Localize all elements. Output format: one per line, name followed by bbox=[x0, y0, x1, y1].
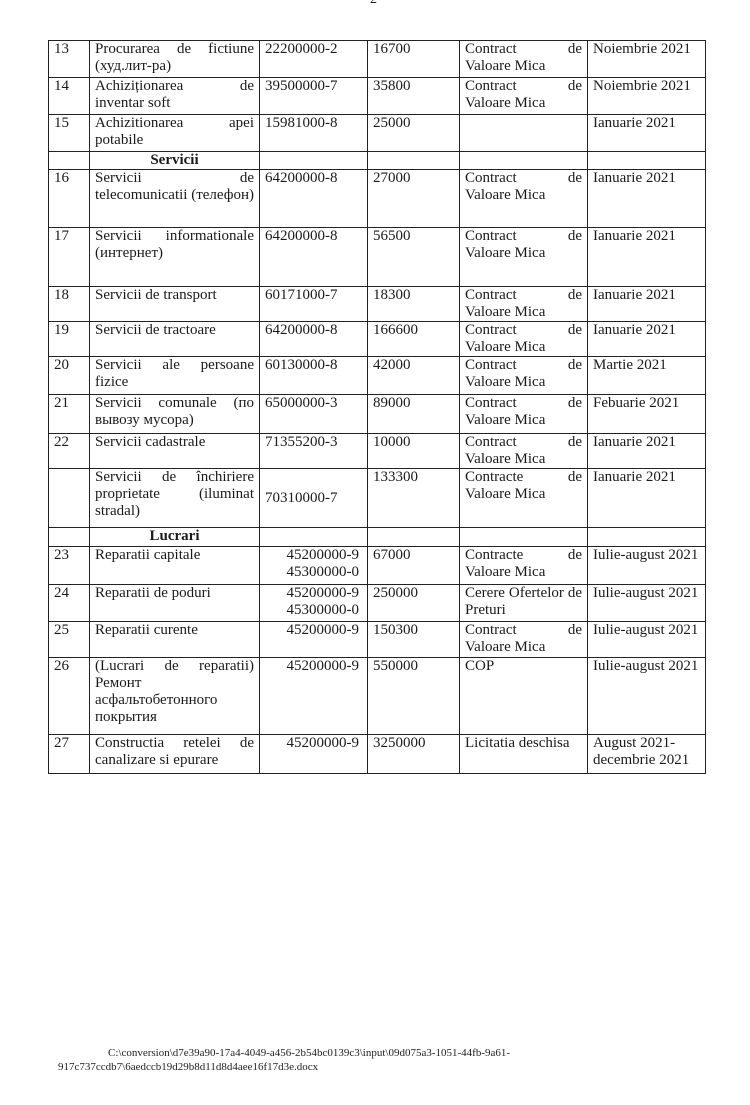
value-cell bbox=[368, 152, 460, 170]
table-row: 27Constructia retelei de canalizare si e… bbox=[49, 735, 706, 774]
procedure-cell: Contract de Valoare Mica bbox=[460, 434, 588, 469]
cpv-code: 22200000-2 bbox=[265, 41, 362, 58]
cpv-code: 45300000-0 bbox=[265, 602, 359, 619]
cpv-code: 15981000-8 bbox=[265, 115, 362, 132]
cpv-code: 60130000-8 bbox=[265, 357, 362, 374]
value-cell: 3250000 bbox=[368, 735, 460, 774]
procedure-cell bbox=[460, 152, 588, 170]
cpv-cell bbox=[260, 152, 368, 170]
item-name-cell: Procurarea de fictiune (худ.лит-ра) bbox=[90, 41, 260, 78]
date-cell: Martie 2021 bbox=[588, 357, 706, 395]
date-cell: August 2021-decembrie 2021 bbox=[588, 735, 706, 774]
table-row: Servicii de închiriere proprietate (ilum… bbox=[49, 469, 706, 528]
cpv-code: 45200000-9 bbox=[265, 735, 359, 752]
table-row: 24Reparatii de poduri45200000-945300000-… bbox=[49, 585, 706, 622]
date-cell: Ianuarie 2021 bbox=[588, 170, 706, 228]
row-number-cell: 17 bbox=[49, 228, 90, 287]
page-number: 2 bbox=[370, 0, 377, 8]
procedure-cell: Contract de Valoare Mica bbox=[460, 287, 588, 322]
value-cell: 150300 bbox=[368, 622, 460, 658]
date-cell: Iulie-august 2021 bbox=[588, 585, 706, 622]
value-cell: 250000 bbox=[368, 585, 460, 622]
cpv-code: 45200000-9 bbox=[265, 547, 359, 564]
table-row: 26(Lucrari de reparatii) Ремонт асфальто… bbox=[49, 658, 706, 735]
cpv-code-cell: 45200000-945300000-0 bbox=[260, 547, 368, 585]
value-cell: 56500 bbox=[368, 228, 460, 287]
item-name-cell: Servicii de tractoare bbox=[90, 322, 260, 357]
cpv-code: 64200000-8 bbox=[265, 228, 362, 245]
date-cell: Noiembrie 2021 bbox=[588, 41, 706, 78]
value-cell: 42000 bbox=[368, 357, 460, 395]
table-row: 13Procurarea de fictiune (худ.лит-ра)222… bbox=[49, 41, 706, 78]
value-cell: 166600 bbox=[368, 322, 460, 357]
section-title: Servicii bbox=[90, 152, 260, 170]
cpv-code: 45300000-0 bbox=[265, 564, 359, 581]
table-row: 25Reparatii curente45200000-9150300Contr… bbox=[49, 622, 706, 658]
procedure-cell: Contract de Valoare Mica bbox=[460, 622, 588, 658]
item-name-cell: Achiziționarea de inventar soft bbox=[90, 78, 260, 115]
cpv-code: 45200000-9 bbox=[265, 622, 359, 639]
row-number-cell: 20 bbox=[49, 357, 90, 395]
file-path-footer: C:\conversion\d7e39a90-17a4-4049-a456-2b… bbox=[58, 1046, 538, 1074]
cpv-code-cell: 60171000-7 bbox=[260, 287, 368, 322]
procedure-cell: Contract de Valoare Mica bbox=[460, 78, 588, 115]
table-row: 20Servicii ale persoane fizice60130000-8… bbox=[49, 357, 706, 395]
cpv-code: 45200000-9 bbox=[265, 658, 359, 675]
row-number-cell bbox=[49, 528, 90, 547]
cpv-code: 64200000-8 bbox=[265, 170, 362, 187]
value-cell bbox=[368, 528, 460, 547]
item-name-cell: (Lucrari de reparatii) Ремонт асфальтобе… bbox=[90, 658, 260, 735]
procedure-cell bbox=[460, 115, 588, 152]
cpv-code-cell: 65000000-3 bbox=[260, 395, 368, 434]
date-cell: Ianuarie 2021 bbox=[588, 228, 706, 287]
value-cell: 89000 bbox=[368, 395, 460, 434]
cpv-code: 60171000-7 bbox=[265, 287, 362, 304]
cpv-code-cell: 45200000-945300000-0 bbox=[260, 585, 368, 622]
cpv-code: 39500000-7 bbox=[265, 78, 362, 95]
cpv-code-cell: 70310000-7 bbox=[260, 469, 368, 528]
table-row: 15Achizitionarea apei potabile15981000-8… bbox=[49, 115, 706, 152]
row-number-cell bbox=[49, 469, 90, 528]
date-cell: Noiembrie 2021 bbox=[588, 78, 706, 115]
date-cell: Ianuarie 2021 bbox=[588, 469, 706, 528]
cpv-code-cell: 22200000-2 bbox=[260, 41, 368, 78]
item-name-cell: Servicii de transport bbox=[90, 287, 260, 322]
item-name-cell: Reparatii de poduri bbox=[90, 585, 260, 622]
procurement-table: 13Procurarea de fictiune (худ.лит-ра)222… bbox=[48, 40, 706, 774]
cpv-code-cell: 64200000-8 bbox=[260, 228, 368, 287]
date-cell: Iulie-august 2021 bbox=[588, 622, 706, 658]
value-cell: 133300 bbox=[368, 469, 460, 528]
cpv-code: 64200000-8 bbox=[265, 322, 362, 339]
cpv-code-cell: 64200000-8 bbox=[260, 322, 368, 357]
cpv-code-cell: 45200000-9 bbox=[260, 735, 368, 774]
row-number-cell: 25 bbox=[49, 622, 90, 658]
row-number-cell: 23 bbox=[49, 547, 90, 585]
procedure-cell: Contract de Valoare Mica bbox=[460, 41, 588, 78]
table-row: 19Servicii de tractoare64200000-8166600C… bbox=[49, 322, 706, 357]
row-number-cell: 13 bbox=[49, 41, 90, 78]
procedure-cell: COP bbox=[460, 658, 588, 735]
item-name-cell: Servicii informationale (интернет) bbox=[90, 228, 260, 287]
table-row: 21Servicii comunale (по вывозу мусора)65… bbox=[49, 395, 706, 434]
table-row: 16Servicii de telecomunicatii (телефон)6… bbox=[49, 170, 706, 228]
table-row: 17Servicii informationale (интернет)6420… bbox=[49, 228, 706, 287]
footer-line-2: 917c737ccdb7\6aedccb19d29b8d11d8d4aee16f… bbox=[58, 1060, 538, 1074]
row-number-cell: 26 bbox=[49, 658, 90, 735]
row-number-cell: 27 bbox=[49, 735, 90, 774]
value-cell: 27000 bbox=[368, 170, 460, 228]
row-number-cell: 16 bbox=[49, 170, 90, 228]
procedure-cell: Contract de Valoare Mica bbox=[460, 170, 588, 228]
value-cell: 67000 bbox=[368, 547, 460, 585]
value-cell: 18300 bbox=[368, 287, 460, 322]
item-name-cell: Servicii cadastrale bbox=[90, 434, 260, 469]
procedure-cell: Contracte de Valoare Mica bbox=[460, 547, 588, 585]
section-header-row: Servicii bbox=[49, 152, 706, 170]
cpv-code: 71355200-3 bbox=[265, 434, 362, 451]
date-cell: Iulie-august 2021 bbox=[588, 658, 706, 735]
date-cell bbox=[588, 528, 706, 547]
date-cell: Ianuarie 2021 bbox=[588, 287, 706, 322]
cpv-code: 65000000-3 bbox=[265, 395, 362, 412]
row-number-cell: 18 bbox=[49, 287, 90, 322]
value-cell: 550000 bbox=[368, 658, 460, 735]
section-title: Lucrari bbox=[90, 528, 260, 547]
procedure-cell: Licitatia deschisa bbox=[460, 735, 588, 774]
item-name-cell: Servicii de închiriere proprietate (ilum… bbox=[90, 469, 260, 528]
row-number-cell: 24 bbox=[49, 585, 90, 622]
procedure-cell: Contract de Valoare Mica bbox=[460, 322, 588, 357]
item-name-cell: Servicii ale persoane fizice bbox=[90, 357, 260, 395]
row-number-cell bbox=[49, 152, 90, 170]
row-number-cell: 15 bbox=[49, 115, 90, 152]
row-number-cell: 22 bbox=[49, 434, 90, 469]
footer-line-1: C:\conversion\d7e39a90-17a4-4049-a456-2b… bbox=[58, 1046, 538, 1060]
date-cell bbox=[588, 152, 706, 170]
cpv-code-cell: 60130000-8 bbox=[260, 357, 368, 395]
procedure-cell: Contract de Valoare Mica bbox=[460, 395, 588, 434]
table-row: 18Servicii de transport60171000-718300Co… bbox=[49, 287, 706, 322]
table-row: 23Reparatii capitale45200000-945300000-0… bbox=[49, 547, 706, 585]
cpv-code: 45200000-9 bbox=[265, 585, 359, 602]
value-cell: 16700 bbox=[368, 41, 460, 78]
procedure-cell: Contract de Valoare Mica bbox=[460, 228, 588, 287]
date-cell: Iulie-august 2021 bbox=[588, 547, 706, 585]
cpv-code-cell: 45200000-9 bbox=[260, 622, 368, 658]
cpv-code-cell: 15981000-8 bbox=[260, 115, 368, 152]
table-row: 22Servicii cadastrale71355200-310000Cont… bbox=[49, 434, 706, 469]
item-name-cell: Reparatii curente bbox=[90, 622, 260, 658]
cpv-code-cell: 71355200-3 bbox=[260, 434, 368, 469]
date-cell: Ianuarie 2021 bbox=[588, 322, 706, 357]
item-name-cell: Constructia retelei de canalizare si epu… bbox=[90, 735, 260, 774]
row-number-cell: 19 bbox=[49, 322, 90, 357]
cpv-code: 70310000-7 bbox=[265, 490, 362, 507]
procedure-cell: Contract de Valoare Mica bbox=[460, 357, 588, 395]
item-name-cell: Servicii de telecomunicatii (телефон) bbox=[90, 170, 260, 228]
row-number-cell: 21 bbox=[49, 395, 90, 434]
date-cell: Ianuarie 2021 bbox=[588, 115, 706, 152]
cpv-code-cell: 45200000-9 bbox=[260, 658, 368, 735]
cpv-code-cell: 64200000-8 bbox=[260, 170, 368, 228]
table-row: 14Achiziționarea de inventar soft3950000… bbox=[49, 78, 706, 115]
value-cell: 10000 bbox=[368, 434, 460, 469]
procedure-cell bbox=[460, 528, 588, 547]
procedure-cell: Cerere Ofertelor de Preturi bbox=[460, 585, 588, 622]
item-name-cell: Servicii comunale (по вывозу мусора) bbox=[90, 395, 260, 434]
item-name-cell: Reparatii capitale bbox=[90, 547, 260, 585]
row-number-cell: 14 bbox=[49, 78, 90, 115]
section-header-row: Lucrari bbox=[49, 528, 706, 547]
value-cell: 25000 bbox=[368, 115, 460, 152]
cpv-cell bbox=[260, 528, 368, 547]
date-cell: Febuarie 2021 bbox=[588, 395, 706, 434]
date-cell: Ianuarie 2021 bbox=[588, 434, 706, 469]
value-cell: 35800 bbox=[368, 78, 460, 115]
procedure-cell: Contracte de Valoare Mica bbox=[460, 469, 588, 528]
item-name-cell: Achizitionarea apei potabile bbox=[90, 115, 260, 152]
cpv-code-cell: 39500000-7 bbox=[260, 78, 368, 115]
